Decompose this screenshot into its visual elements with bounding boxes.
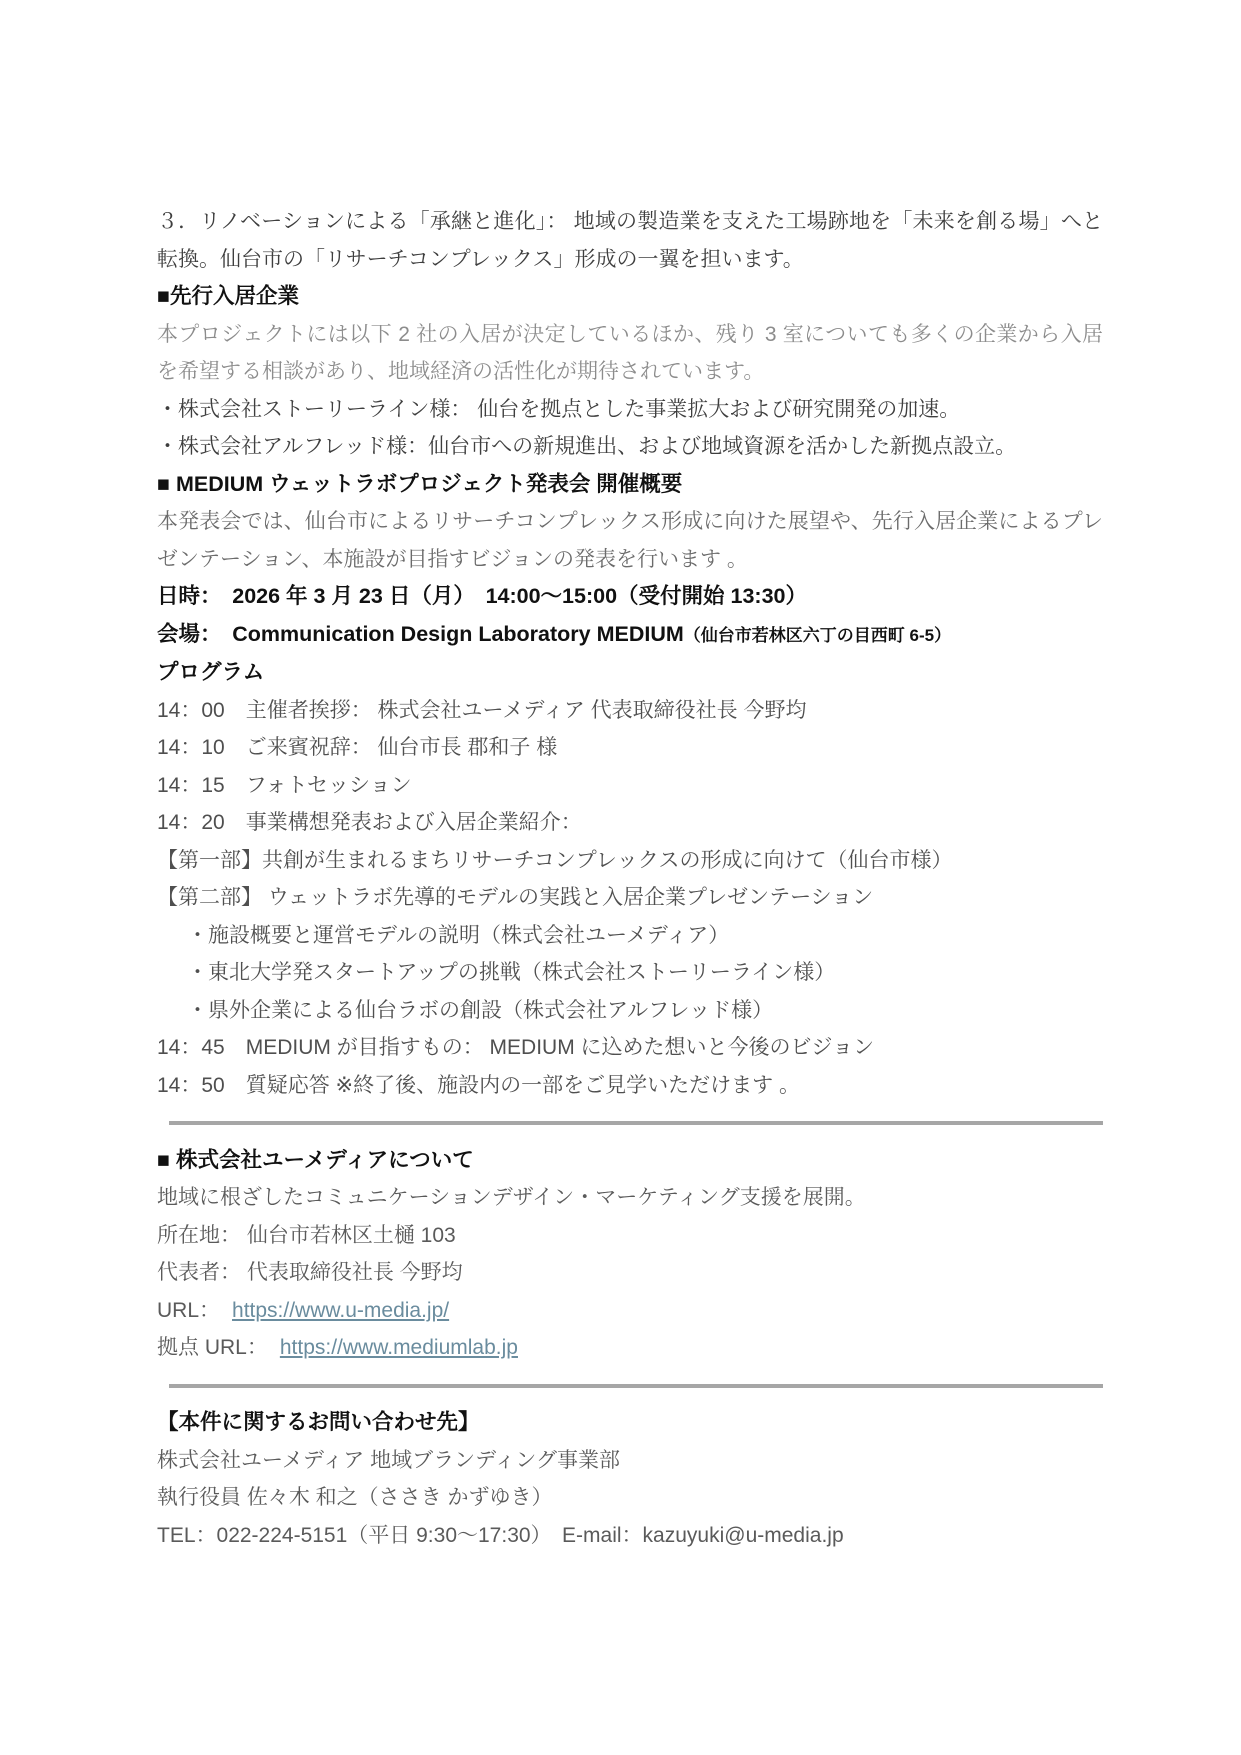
company-base-url-row: 拠点 URL：https://www.mediumlab.jp xyxy=(157,1329,1103,1367)
program-heading: プログラム xyxy=(157,654,1103,692)
program-item-1400: 14：00 主催者挨拶： 株式会社ユーメディア 代表取締役社長 今野均 xyxy=(157,692,1103,730)
program-item-1445: 14：45 MEDIUM が目指すもの： MEDIUM に込めた想いと今後のビジ… xyxy=(157,1029,1103,1067)
tenants-heading: ■先行入居企業 xyxy=(157,278,1103,316)
program-item-1410: 14：10 ご来賓祝辞： 仙台市長 郡和子 様 xyxy=(157,729,1103,767)
contact-department: 株式会社ユーメディア 地域ブランディング事業部 xyxy=(157,1442,1103,1480)
program-item-part1: 【第一部】共創が生まれるまちリサーチコンプレックスの形成に向けて（仙台市様） xyxy=(157,842,1103,880)
event-venue-name: 会場： Communication Design Laboratory MEDI… xyxy=(157,622,684,646)
event-datetime: 日時： 2026 年 3 月 23 日（月） 14:00〜15:00（受付開始 … xyxy=(157,578,1103,616)
company-url-link[interactable]: https://www.u-media.jp/ xyxy=(232,1299,449,1322)
company-address: 所在地： 仙台市若林区土樋 103 xyxy=(157,1217,1103,1255)
company-base-url-link[interactable]: https://www.mediumlab.jp xyxy=(280,1336,518,1359)
company-url-row: URL：https://www.u-media.jp/ xyxy=(157,1292,1103,1330)
tenant-bullet-alfred: ・株式会社アルフレッド様：仙台市への新規進出、および地域資源を活かした新拠点設立… xyxy=(157,428,1103,466)
contact-tel-email: TEL：022-224-5151（平日 9:30〜17:30） E-mail：k… xyxy=(157,1517,1103,1555)
document-page: ３．リノベーションによる「承継と進化」： 地域の製造業を支えた工場跡地を「未来を… xyxy=(0,0,1241,1755)
intro-paragraph: ３．リノベーションによる「承継と進化」： 地域の製造業を支えた工場跡地を「未来を… xyxy=(157,203,1103,278)
contact-person: 執行役員 佐々木 和之（ささき かずゆき） xyxy=(157,1479,1103,1517)
event-venue: 会場： Communication Design Laboratory MEDI… xyxy=(157,616,1103,655)
company-url-label: URL： xyxy=(157,1299,232,1322)
company-representative: 代表者： 代表取締役社長 今野均 xyxy=(157,1254,1103,1292)
program-item-part2: 【第二部】 ウェットラボ先導的モデルの実践と入居企業プレゼンテーション xyxy=(157,879,1103,917)
program-item-1420: 14：20 事業構想発表および入居企業紹介： xyxy=(157,804,1103,842)
program-item-1450: 14：50 質疑応答 ※終了後、施設内の一部をご見学いただけます 。 xyxy=(157,1067,1103,1105)
event-venue-address: （仙台市若林区六丁の目西町 6-5） xyxy=(684,626,951,645)
tenant-bullet-storyline: ・株式会社ストーリーライン様： 仙台を拠点とした事業拡大および研究開発の加速。 xyxy=(157,391,1103,429)
event-body: 本発表会では、仙台市によるリサーチコンプレックス形成に向けた展望や、先行入居企業… xyxy=(157,503,1103,578)
program-item-1415: 14：15 フォトセッション xyxy=(157,767,1103,805)
program-subitem-startup: ・東北大学発スタートアップの挑戦（株式会社ストーリーライン様） xyxy=(157,954,1103,992)
program-subitem-facility: ・施設概要と運営モデルの説明（株式会社ユーメディア） xyxy=(157,917,1103,955)
company-base-url-label: 拠点 URL： xyxy=(157,1336,280,1359)
company-description: 地域に根ざしたコミュニケーションデザイン・マーケティング支援を展開。 xyxy=(157,1179,1103,1217)
event-heading: ■ MEDIUM ウェットラボプロジェクト発表会 開催概要 xyxy=(157,466,1103,504)
program-subitem-lab: ・県外企業による仙台ラボの創設（株式会社アルフレッド様） xyxy=(157,992,1103,1030)
section-divider xyxy=(169,1384,1103,1388)
company-heading: ■ 株式会社ユーメディアについて xyxy=(157,1142,1103,1180)
tenants-body: 本プロジェクトには以下 2 社の入居が決定しているほか、残り 3 室についても多… xyxy=(157,316,1103,391)
section-divider xyxy=(169,1121,1103,1125)
contact-heading: 【本件に関するお問い合わせ先】 xyxy=(157,1404,1103,1442)
